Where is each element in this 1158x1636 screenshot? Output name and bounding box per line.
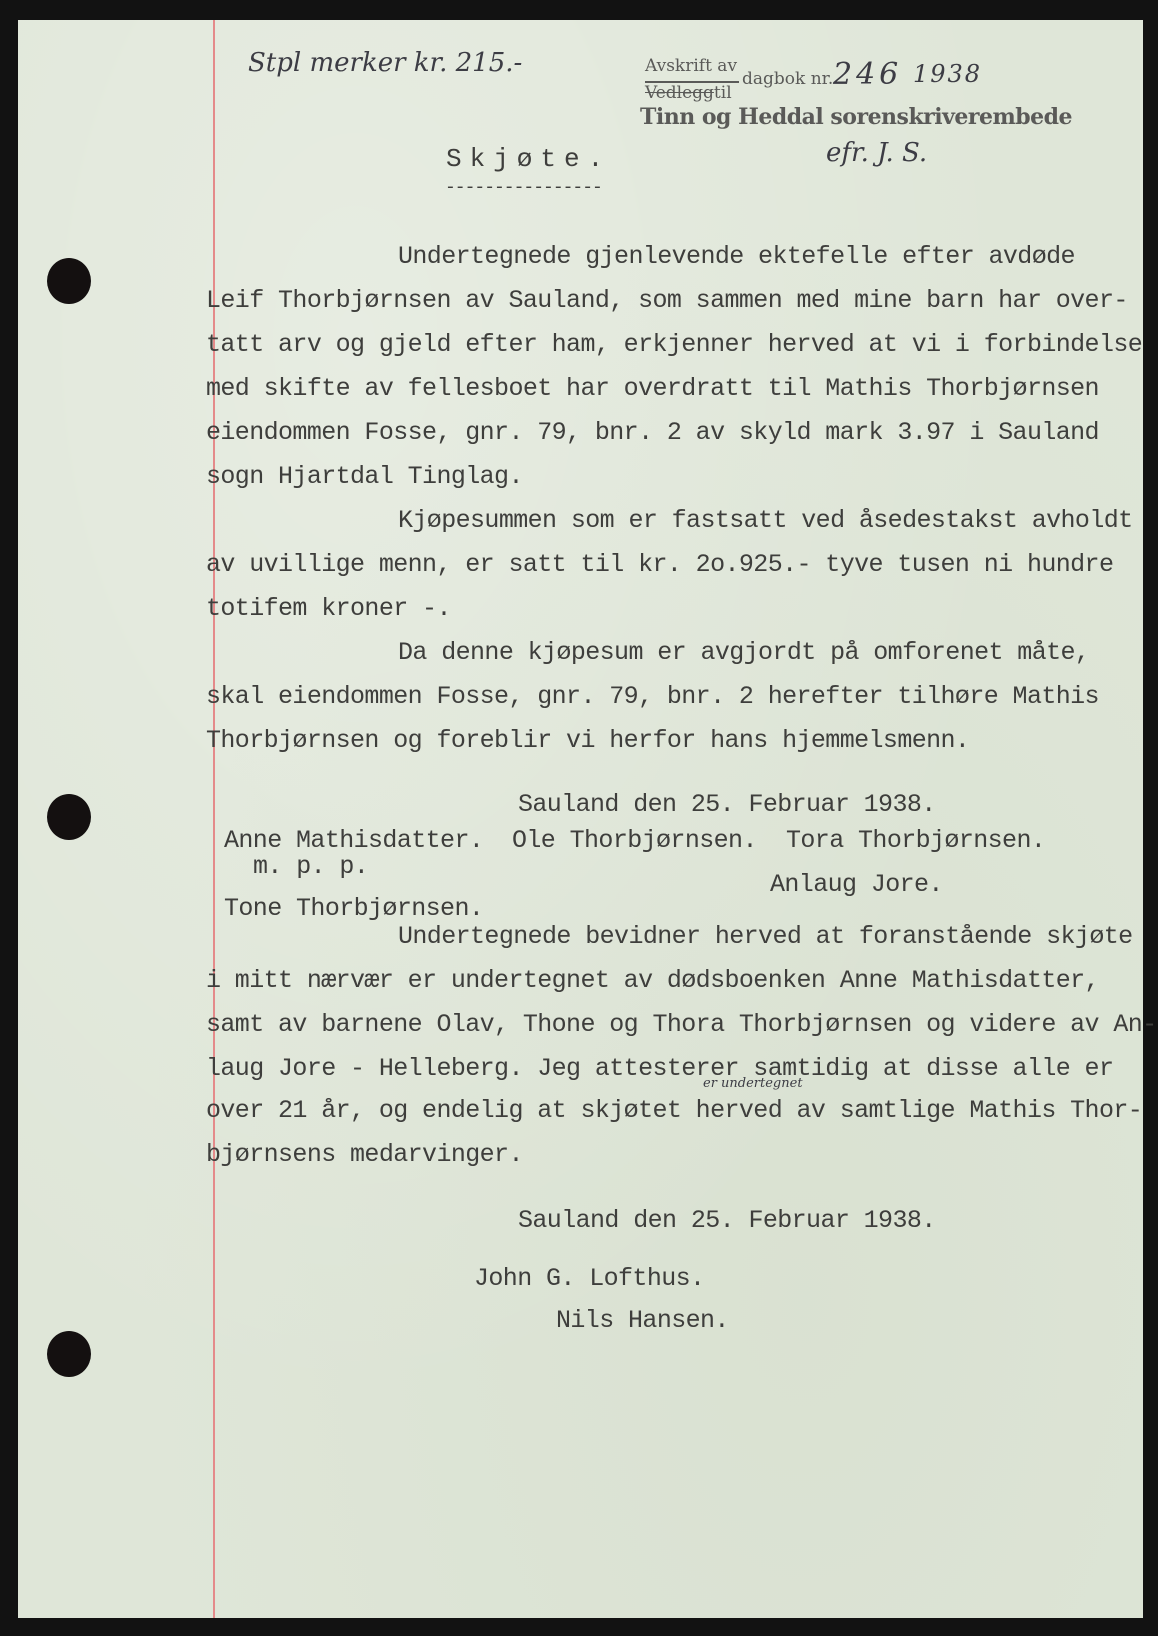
document-page: Stpl merker kr. 215.- Avskrift av Vedleg… <box>18 20 1143 1618</box>
text-line: med skifte av fellesboet har overdratt t… <box>206 374 1099 403</box>
text-line: Undertegnede bevidner herved at foranstå… <box>398 922 1133 951</box>
text-line: Undertegnede gjenlevende ektefelle efter… <box>398 242 1075 271</box>
text-line: Leif Thorbjørnsen av Sauland, som sammen… <box>206 286 1128 315</box>
punch-hole-icon <box>47 258 91 304</box>
punch-hole-icon <box>47 1331 91 1377</box>
signature-tone: Tone Thorbjørnsen. <box>224 894 483 923</box>
avskrift-label: Avskrift av <box>645 56 737 76</box>
signature-anne: Anne Mathisdatter. <box>224 826 483 855</box>
signature-ole: Ole Thorbjørnsen. <box>512 826 757 855</box>
witness-john: John G. Lofthus. <box>474 1264 704 1293</box>
text-line: totifem kroner -. <box>206 594 451 623</box>
signature-tora: Tora Thorbjørnsen. <box>786 826 1045 855</box>
title-underline: ---------------- <box>445 178 602 198</box>
witness-nils: Nils Hansen. <box>556 1306 729 1335</box>
year: 1938 <box>913 60 982 88</box>
text-line: skal eiendommen Fosse, gnr. 79, bnr. 2 h… <box>206 682 1099 711</box>
punch-hole-icon <box>47 794 91 840</box>
stamp-note: Stpl merker kr. 215.- <box>248 48 522 78</box>
handwritten-insert: er undertegnet <box>703 1076 803 1091</box>
text-line: av uvillige menn, er satt til kr. 2o.925… <box>206 550 1113 579</box>
text-line: samt av barnene Olav, Thone og Thora Tho… <box>206 1010 1157 1039</box>
signature-mpp: m. p. p. <box>253 852 368 881</box>
margin-line <box>213 20 215 1618</box>
til-label: til <box>714 83 732 103</box>
vedlegg-til: Vedleggtil <box>645 83 732 103</box>
dagbok-number: 246 <box>833 57 902 92</box>
text-line: Thorbjørnsen og foreblir vi herfor hans … <box>206 726 969 755</box>
text-line: eiendommen Fosse, gnr. 79, bnr. 2 av sky… <box>206 418 1099 447</box>
text-line: i mitt nærvær er undertegnet av dødsboen… <box>206 966 1099 995</box>
vedlegg-label: Vedlegg <box>645 83 714 103</box>
text-line: bjørnsens medarvinger. <box>206 1140 523 1169</box>
text-line: sogn Hjartdal Tinglag. <box>206 462 523 491</box>
signature-anlaug: Anlaug Jore. <box>770 870 943 899</box>
dagbok-label: dagbok nr. <box>742 69 833 89</box>
office-name: Tinn og Heddal sorenskriverembede <box>640 104 1072 130</box>
text-line: over 21 år, og endelig at skjøtet herved… <box>206 1096 1142 1125</box>
text-line: laug Jore - Helleberg. Jeg attesterer sa… <box>206 1054 1113 1083</box>
text-line: Kjøpesummen som er fastsatt ved åsedesta… <box>398 506 1133 535</box>
document-title: Skjøte. <box>446 144 611 174</box>
text-line: Da denne kjøpesum er avgjordt på omforen… <box>398 638 1089 667</box>
date-line: Sauland den 25. Februar 1938. <box>518 790 936 819</box>
initials: efr. J. S. <box>826 138 927 168</box>
text-line: tatt arv og gjeld efter ham, erkjenner h… <box>206 330 1142 359</box>
date-line: Sauland den 25. Februar 1938. <box>518 1206 936 1235</box>
